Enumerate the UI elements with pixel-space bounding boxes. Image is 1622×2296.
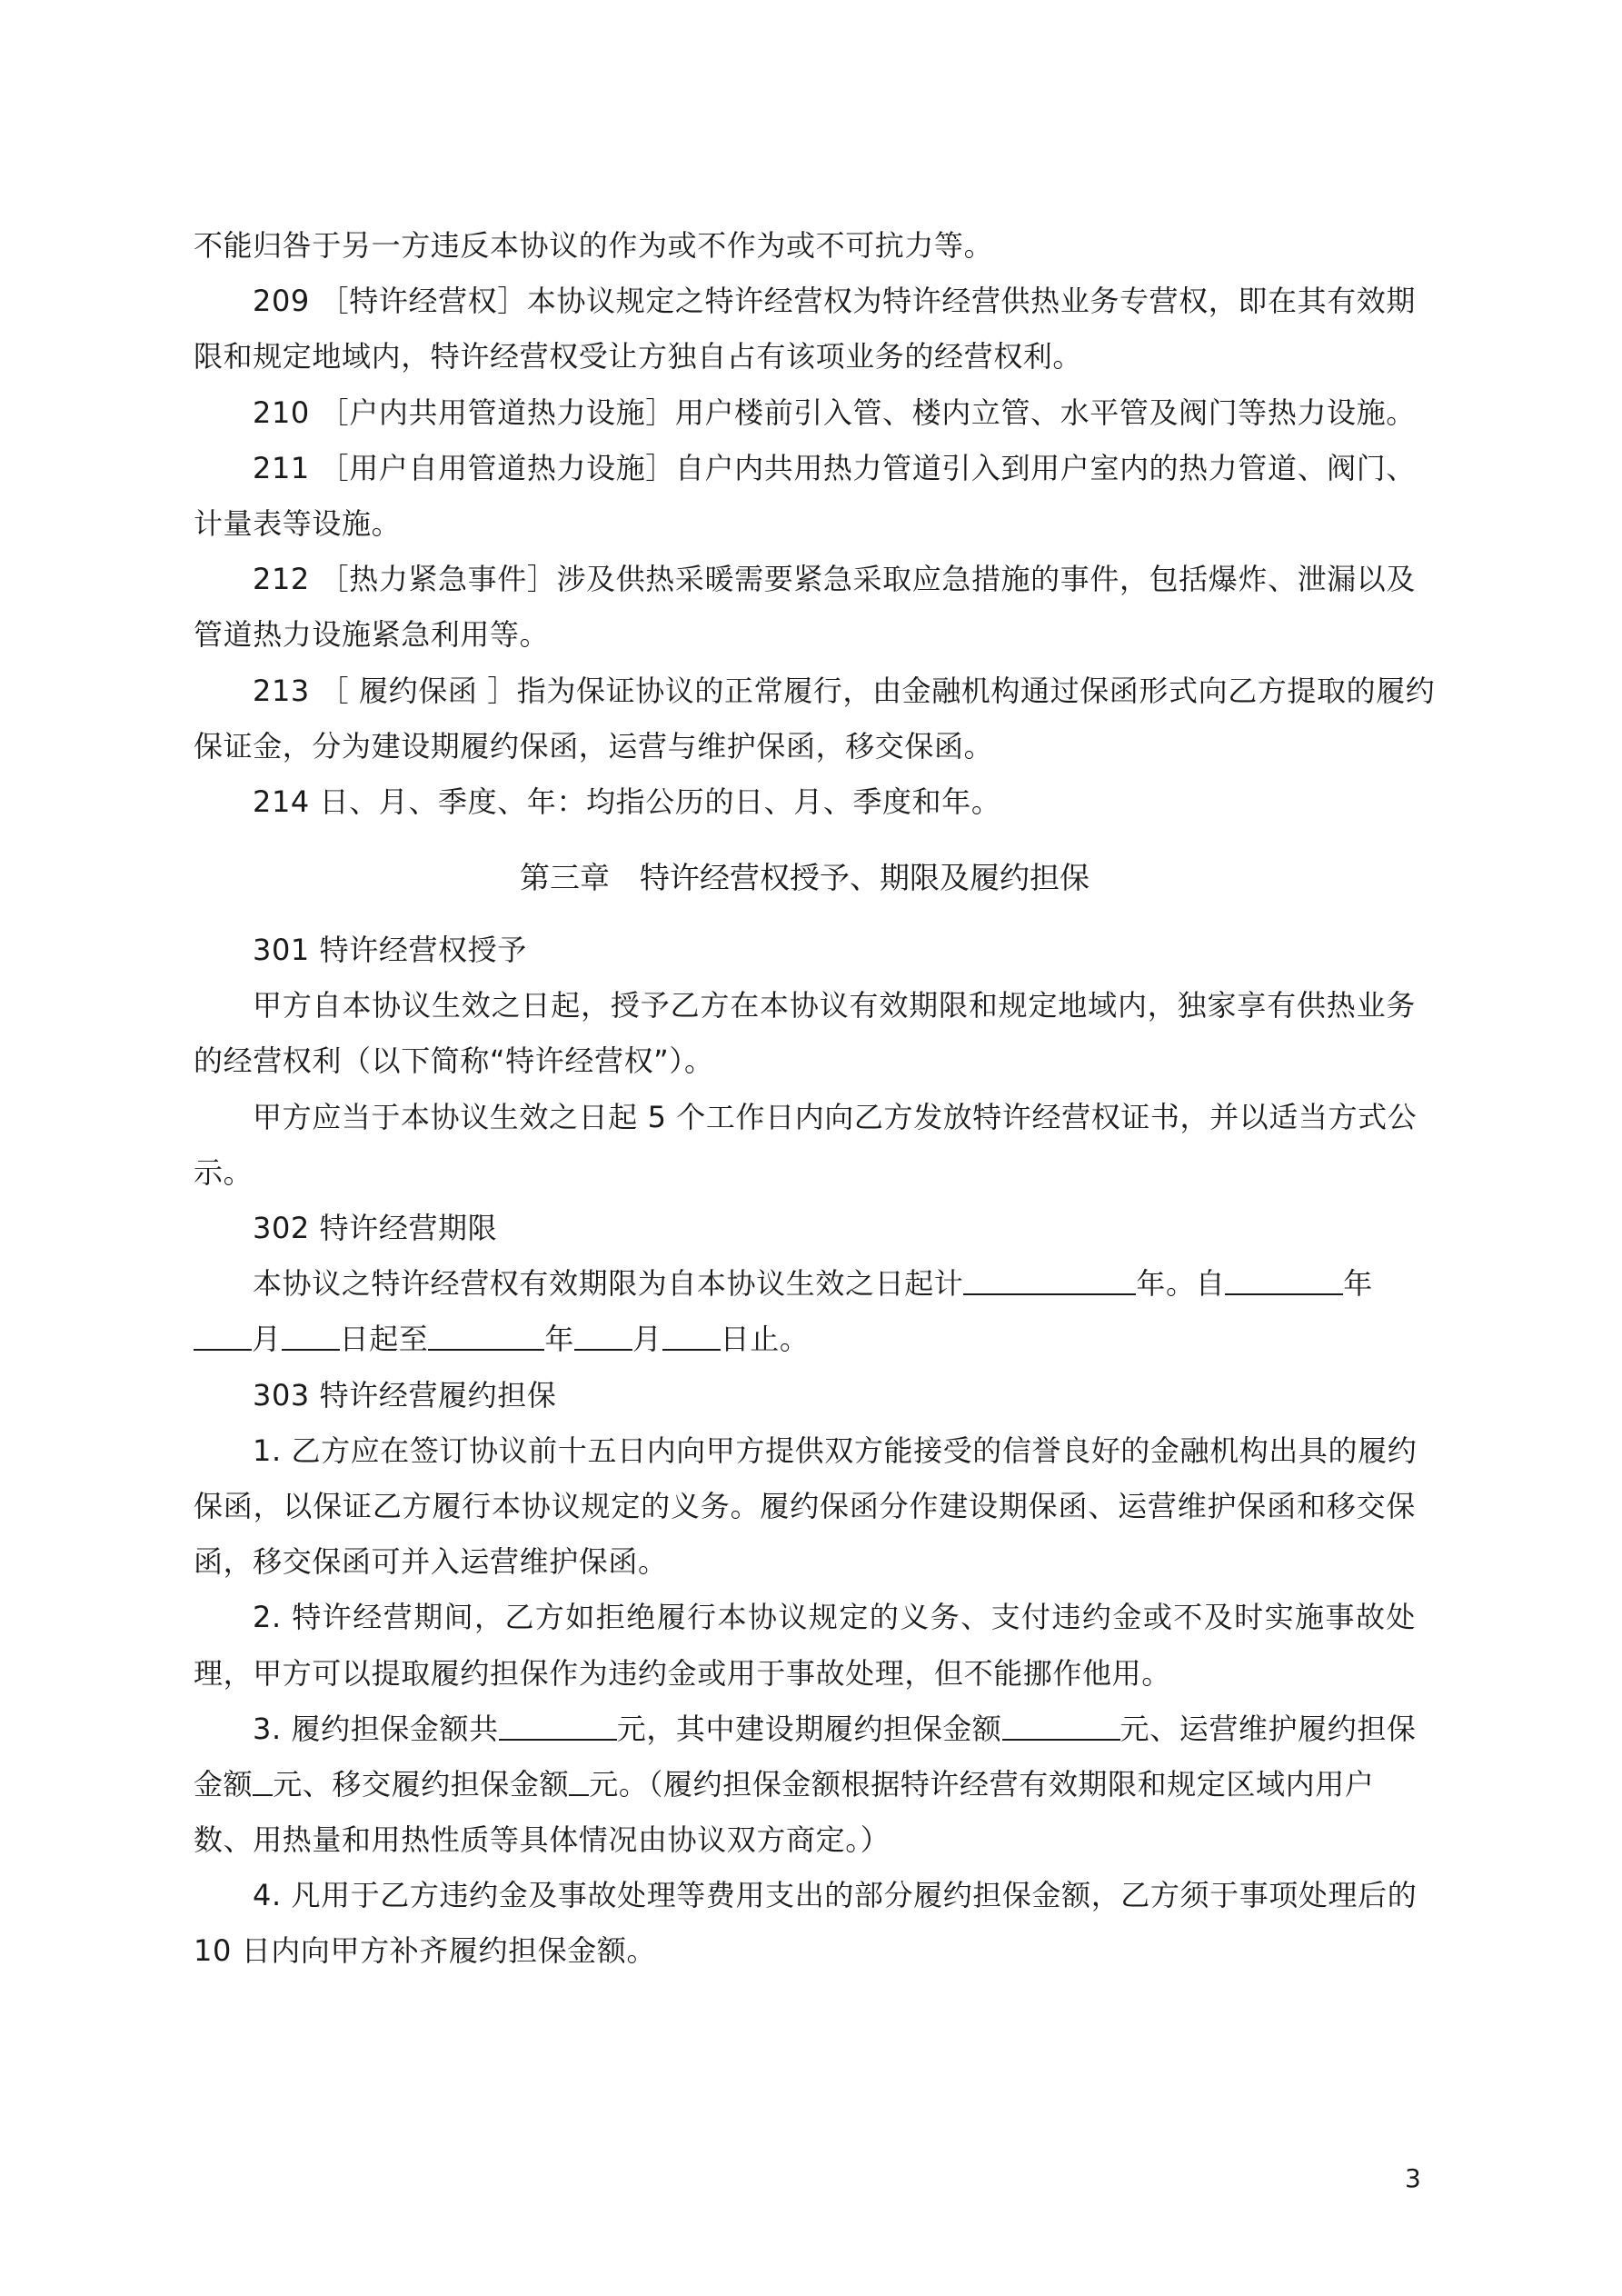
chapter-heading: 第三章 特许经营权授予、期限及履约担保 — [194, 830, 1416, 923]
end-year-blank[interactable] — [428, 1322, 544, 1351]
amount-text: 元，其中建设期履约担保金额 — [617, 1712, 1002, 1746]
total-amount-blank[interactable] — [499, 1712, 617, 1741]
section-301-paragraph-line: 的经营权利（以下简称“特许经营权”）。 — [194, 1033, 1416, 1089]
definition-209-line: 209 ［特许经营权］本协议规定之特许经营权为特许经营供热业务专营权，即在其有效… — [194, 274, 1416, 329]
section-303-item-4-line: 10 日内向甲方补齐履约担保金额。 — [194, 1923, 1416, 1979]
term-text: 年 — [1343, 1266, 1373, 1301]
definition-214-line: 214 日、月、季度、年：均指公历的日、月、季度和年。 — [194, 774, 1416, 830]
section-303-item-3-line: 数、用热量和用热性质等具体情况由协议双方商定。） — [194, 1812, 1416, 1868]
date-text: 年 — [544, 1322, 574, 1356]
construction-amount-blank[interactable] — [1002, 1712, 1120, 1741]
term-text: 本协议之特许经营权有效期限为自本协议生效之日起计 — [253, 1266, 963, 1301]
section-303-item-1-line: 函，移交保函可并入运营维护保函。 — [194, 1534, 1416, 1590]
operation-amount-blank[interactable] — [253, 1767, 273, 1796]
start-year-blank[interactable] — [1225, 1266, 1343, 1295]
section-303-item-2-line: 理，甲方可以提取履约担保作为违约金或用于事故处理，但不能挪作他用。 — [194, 1646, 1416, 1702]
term-text: 年。自 — [1136, 1266, 1225, 1301]
start-month-blank[interactable] — [194, 1322, 252, 1351]
paragraph-line: 不能归咎于另一方违反本协议的作为或不作为或不可抗力等。 — [194, 218, 1416, 274]
section-303-item-1-line: 1. 乙方应在签订协议前十五日内向甲方提供双方能接受的信誉良好的金融机构出具的履… — [194, 1423, 1416, 1479]
term-years-blank[interactable] — [963, 1266, 1136, 1295]
page-number: 3 — [1405, 2163, 1421, 2193]
section-301-title: 301 特许经营权授予 — [194, 923, 1416, 978]
amount-text: 元、移交履约担保金额 — [273, 1767, 569, 1802]
amount-text: 元。（履约担保金额根据特许经营有效期限和规定区域内用户 — [589, 1767, 1374, 1802]
section-303-item-2-line: 2. 特许经营期间，乙方如拒绝履行本协议规定的义务、支付违约金或不及时实施事故处 — [194, 1590, 1416, 1645]
section-303-item-4-line: 4. 凡用于乙方违约金及事故处理等费用支出的部分履约担保金额，乙方须于事项处理后… — [194, 1868, 1416, 1923]
amount-text: 3. 履约担保金额共 — [253, 1712, 499, 1746]
date-text: 月 — [252, 1322, 282, 1356]
definition-210-line: 210 ［户内共用管道热力设施］用户楼前引入管、楼内立管、水平管及阀门等热力设施… — [194, 385, 1416, 441]
definition-213-line: 213 ［ 履约保函 ］指为保证协议的正常履行，由金融机构通过保函形式向乙方提取… — [194, 664, 1416, 719]
section-302-title: 302 特许经营期限 — [194, 1201, 1416, 1256]
section-303-item-3-line: 金额元、移交履约担保金额元。（履约担保金额根据特许经营有效期限和规定区域内用户 — [194, 1757, 1416, 1812]
date-text: 月 — [632, 1322, 662, 1356]
definition-211-line: 211 ［用户自用管道热力设施］自户内共用热力管道引入到用户室内的热力管道、阀门… — [194, 441, 1416, 496]
section-302-date-line: 月日起至年月日止。 — [194, 1312, 1416, 1367]
document-page: 不能归咎于另一方违反本协议的作为或不作为或不可抗力等。 209 ［特许经营权］本… — [194, 218, 1416, 1980]
amount-text: 金额 — [194, 1767, 253, 1802]
start-day-blank[interactable] — [282, 1322, 340, 1351]
date-text: 日止。 — [721, 1322, 810, 1356]
definition-212-line: 212 ［热力紧急事件］涉及供热采暖需要紧急采取应急措施的事件，包括爆炸、泄漏以… — [194, 552, 1416, 607]
definition-212-line: 管道热力设施紧急利用等。 — [194, 607, 1416, 663]
definition-213-line: 保证金，分为建设期履约保函，运营与维护保函，移交保函。 — [194, 719, 1416, 774]
section-303-item-3-line: 3. 履约担保金额共元，其中建设期履约担保金额元、运营维护履约担保 — [194, 1702, 1416, 1757]
section-301-paragraph-line: 示。 — [194, 1145, 1416, 1201]
section-303-title: 303 特许经营履约担保 — [194, 1368, 1416, 1423]
end-month-blank[interactable] — [574, 1322, 632, 1351]
section-301-paragraph-line: 甲方应当于本协议生效之日起 5 个工作日内向乙方发放特许经营权证书，并以适当方式… — [194, 1090, 1416, 1145]
amount-text: 元、运营维护履约担保 — [1120, 1712, 1417, 1746]
transfer-amount-blank[interactable] — [569, 1767, 589, 1796]
section-303-item-1-line: 保函，以保证乙方履行本协议规定的义务。履约保函分作建设期保函、运营维护保函和移交… — [194, 1479, 1416, 1534]
end-day-blank[interactable] — [662, 1322, 721, 1351]
section-302-term-line: 本协议之特许经营权有效期限为自本协议生效之日起计年。自年 — [194, 1256, 1416, 1312]
date-text: 日起至 — [340, 1322, 429, 1356]
section-301-paragraph-line: 甲方自本协议生效之日起，授予乙方在本协议有效期限和规定地域内，独家享有供热业务 — [194, 978, 1416, 1033]
definition-209-line: 限和规定地域内，特许经营权受让方独自占有该项业务的经营权利。 — [194, 329, 1416, 384]
definition-211-line: 计量表等设施。 — [194, 496, 1416, 552]
